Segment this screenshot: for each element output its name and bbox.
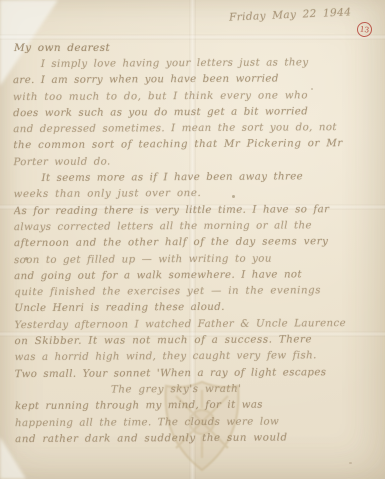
salutation: My own dearest — [14, 42, 110, 54]
foxing-speck — [349, 462, 352, 464]
scanned-letter: Friday May 22 1944 13 My own dearest I s… — [0, 0, 385, 479]
letter-date: Friday May 22 1944 — [228, 6, 351, 23]
horizontal-fold-crease — [0, 34, 385, 40]
letter-line: and rather dark and suddenly the sun wou… — [15, 432, 378, 451]
letter-paper: Friday May 22 1944 13 My own dearest I s… — [0, 0, 385, 479]
page-number: 13 — [359, 24, 370, 34]
letter-lines: I simply love having your letters just a… — [13, 57, 378, 450]
